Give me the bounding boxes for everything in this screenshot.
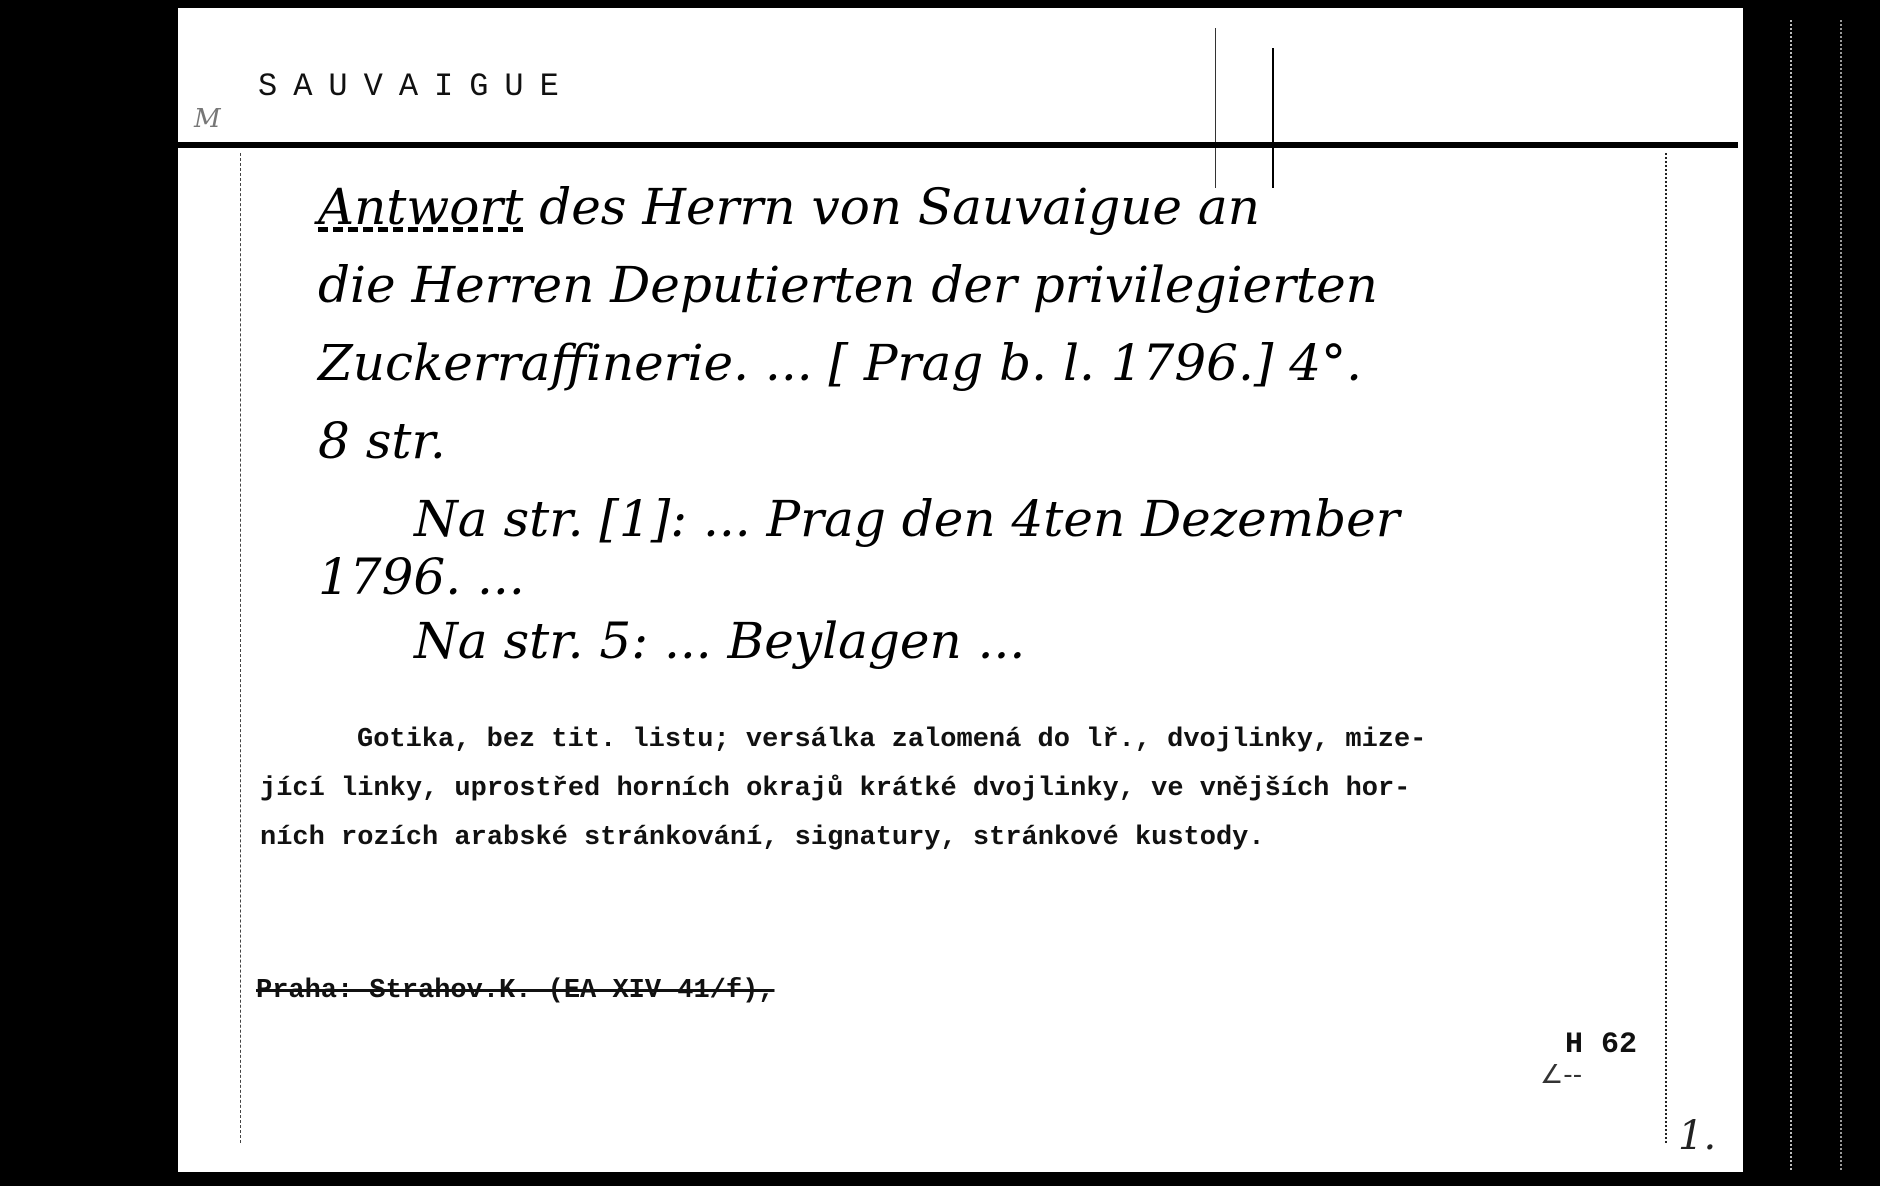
- shelfmark: H 62: [1565, 1028, 1637, 1062]
- pencil-arrow-icon: ∠--: [1540, 1060, 1582, 1090]
- handwritten-entry: Antwort des Herrn von Sauvaigue an die H…: [318, 168, 1658, 680]
- left-margin-line: [240, 153, 241, 1143]
- catalog-card: M SAUVAIGUE Antwort des Herrn von Sauvai…: [178, 8, 1743, 1172]
- corner-pencil-mark: M: [194, 104, 221, 134]
- typed-description: Gotika, bez tit. listu; versálka zalomen…: [260, 716, 1665, 863]
- handwritten-title-line: Antwort des Herrn von Sauvaigue an: [318, 178, 1260, 236]
- handwritten-line: Antwort des Herrn von Sauvaigue an: [318, 168, 1658, 246]
- card-heading: SAUVAIGUE: [258, 68, 575, 105]
- page-number: 1.: [1678, 1113, 1716, 1159]
- handwritten-line: die Herren Deputierten der privilegierte…: [318, 246, 1658, 324]
- scan-edge-artifact: [1790, 20, 1793, 1170]
- handwritten-line: Zuckerraffinerie. ... [ Prag b. l. 1796.…: [318, 324, 1658, 402]
- header-rule: [178, 142, 1738, 148]
- handwritten-line: 8 str.: [318, 402, 1658, 480]
- struck-location: Praha: Strahov.K. (EA XIV 41/f),: [256, 976, 774, 1006]
- header-divider-line: [1272, 48, 1274, 188]
- right-margin-line: [1665, 153, 1667, 1143]
- typed-line: ních rozích arabské stránkování, signatu…: [260, 814, 1665, 863]
- scan-edge-artifact: [1840, 20, 1843, 1170]
- handwritten-line: Na str. 5: ... Beylagen ...: [318, 602, 1658, 680]
- typed-line: Gotika, bez tit. listu; versálka zalomen…: [260, 716, 1665, 765]
- header-divider-line: [1215, 28, 1216, 188]
- underlined-word: Antwort: [318, 178, 523, 236]
- typed-line: jící linky, uprostřed horních okrajů krá…: [260, 765, 1665, 814]
